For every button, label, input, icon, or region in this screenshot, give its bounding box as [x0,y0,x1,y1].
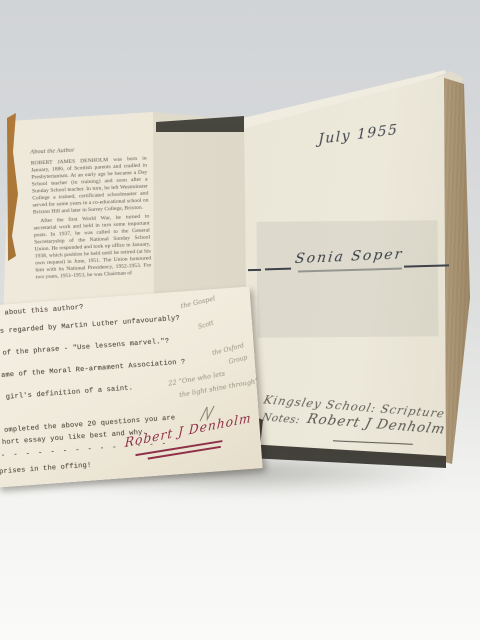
card-question-line: about this author? [4,304,84,318]
book-photo: About the Author ROBERT JAMES DENHOLM wa… [0,0,480,640]
about-the-author-block: About the Author ROBERT JAMES DENHOLM wa… [30,145,152,282]
card-question-line: of the phrase - "Use lessens marvel."? [2,338,169,358]
ownership-label-area [256,220,438,338]
flap-paragraph-2: After the first World War, he turned to … [33,213,152,281]
typed-quiz-card: about this author? s regarded by Martin … [0,287,263,488]
flap-paragraph-1: ROBERT JAMES DENHOLM was born in January… [31,156,149,217]
pencil-annotation: Group [228,354,248,365]
card-closing-line: prises in the offing! [0,462,92,477]
pencil-annotation: the Gospel [180,294,216,310]
pencil-annotation: Scott [197,320,214,331]
card-question-line: ame of the Moral Re-armament Association… [1,358,186,380]
card-question-line: s regarded by Martin Luther unfavourably… [0,315,180,336]
card-question-line: girl's definition of a saint. [5,384,133,401]
